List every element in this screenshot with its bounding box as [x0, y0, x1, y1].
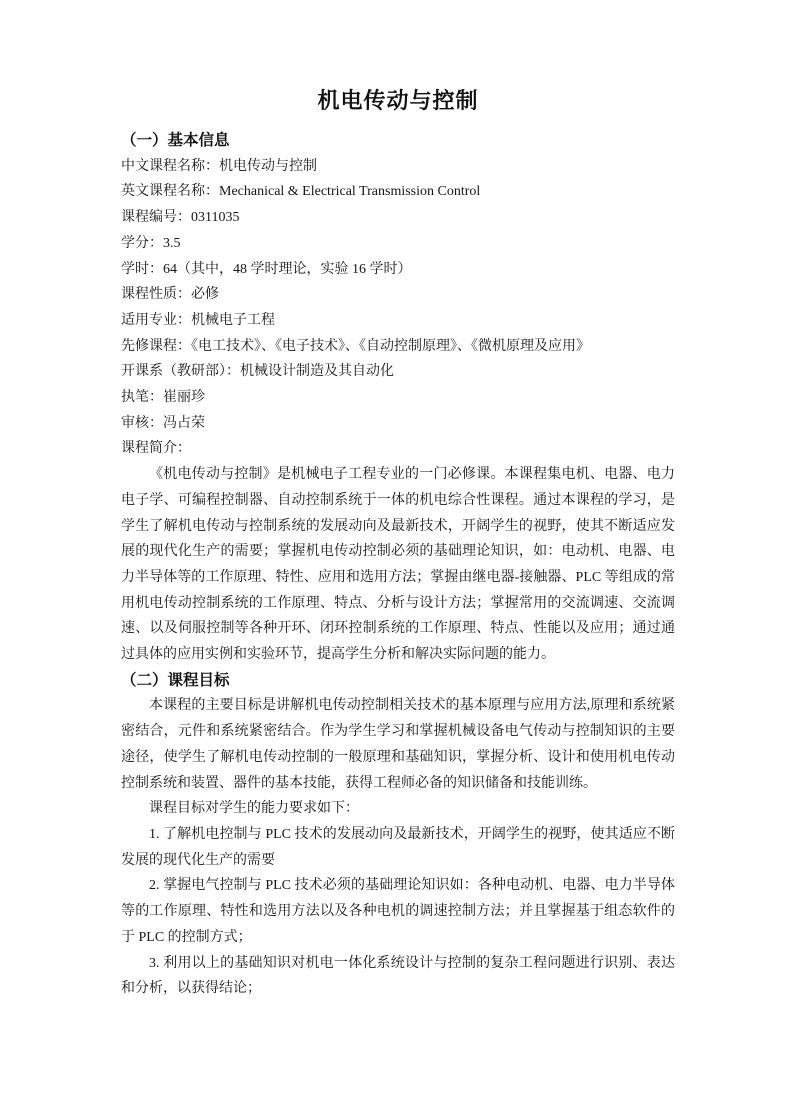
field-course-intro-label: 课程简介： [121, 436, 675, 462]
section-course-objectives: （二）课程目标 本课程的主要目标是讲解机电传动控制相关技术的基本原理与应用方法,… [121, 668, 675, 1002]
objective-item-3: 3. 利用以上的基础知识对机电一体化系统设计与控制的复杂工程问题进行识别、表达和… [121, 951, 675, 1002]
field-class-hours: 学时：64（其中，48 学时理论，实验 16 学时） [121, 257, 675, 283]
section-basic-info-heading: （一）基本信息 [121, 128, 675, 154]
field-reviewer: 审核：冯占荣 [121, 411, 675, 437]
field-credits: 学分：3.5 [121, 231, 675, 257]
field-prerequisite-courses: 先修课程：《电工技术》、《电子技术》、《自动控制原理》、《微机原理及应用》 [121, 334, 675, 360]
field-chinese-course-name: 中文课程名称：机电传动与控制 [121, 154, 675, 180]
section-basic-info: （一）基本信息 中文课程名称：机电传动与控制 英文课程名称：Mechanical… [121, 128, 675, 668]
document-page: 机电传动与控制 （一）基本信息 中文课程名称：机电传动与控制 英文课程名称：Me… [0, 0, 794, 1108]
field-course-code: 课程编号：0311035 [121, 205, 675, 231]
field-applicable-major: 适用专业：机械电子工程 [121, 308, 675, 334]
objective-item-2: 2. 掌握电气控制与 PLC 技术必须的基础理论知识如：各种电动机、电器、电力半… [121, 873, 675, 950]
field-english-course-name: 英文课程名称：Mechanical & Electrical Transmiss… [121, 179, 675, 205]
course-intro-paragraph: 《机电传动与控制》是机械电子工程专业的一门必修课。本课程集电机、电器、电力电子学… [121, 462, 675, 668]
section-course-objectives-heading: （二）课程目标 [121, 668, 675, 694]
objectives-requirements-intro: 课程目标对学生的能力要求如下： [121, 796, 675, 822]
document-title: 机电传动与控制 [121, 86, 675, 116]
field-offering-department: 开课系（教研部）：机械设计制造及其自动化 [121, 359, 675, 385]
objectives-overview-paragraph: 本课程的主要目标是讲解机电传动控制相关技术的基本原理与应用方法,原理和系统紧密结… [121, 693, 675, 796]
field-course-type: 课程性质：必修 [121, 282, 675, 308]
objective-item-1: 1. 了解机电控制与 PLC 技术的发展动向及最新技术，开阔学生的视野，使其适应… [121, 822, 675, 873]
field-author: 执笔：崔丽珍 [121, 385, 675, 411]
